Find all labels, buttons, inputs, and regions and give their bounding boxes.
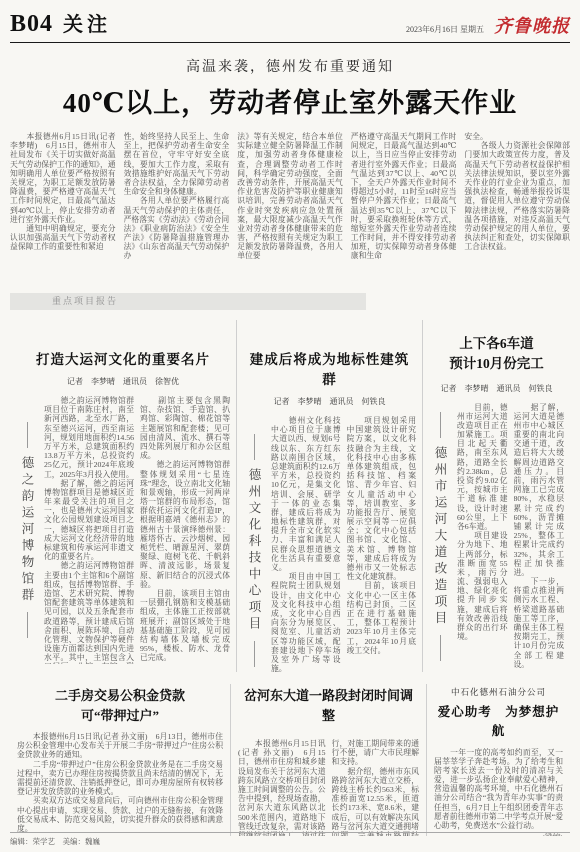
- lead-kicker: 高温来袭，德州发布重要通知: [10, 56, 570, 76]
- road-closure-body: 本报德州6月15日讯(记者 孙文丽) 6月15日，德州市住房和城乡建设局发布关于…: [238, 732, 419, 836]
- project-1-side-label-wrap: 德之韵运河博物馆群: [16, 396, 38, 664]
- project-3-body: 德州市运河大道改造项目 目前，德州市运河大道改造项目正在加紧施工。项目北起天衢路…: [429, 403, 564, 671]
- project-3-title: 上下各6车道 预计10月份完工: [429, 334, 564, 375]
- road-closure-column-2: 行，对施工期间带来的通行不便，请广大市民理解和支持。 据介绍，德州市东风路跨岔河…: [332, 739, 420, 836]
- projects-band: 打造大运河文化的重要名片 记者 李梦晴 通讯员 徐智优 德之韵运河博物馆群 德之…: [10, 320, 570, 672]
- page-number: B04: [10, 11, 53, 38]
- lead-column-5: 安全。 各级人力资源社会保障部门要加大政策宣传力度，普及高温天气下劳动者权益保护…: [464, 132, 570, 284]
- page-footer: 编辑：荣学艺 美编：魏巍: [10, 832, 570, 847]
- project-1-body: 德之韵运河博物馆群 德之韵运河博物馆群项目位于南陈庄村，南至新河西路，北至水厂路…: [16, 396, 230, 664]
- bottom-band: 二手房交易公积金贷款 可“带押过户” 本报德州6月15日讯(记者 孙文丽) 6月…: [10, 684, 570, 836]
- rule-bottom: [254, 641, 255, 667]
- rule-top: [440, 412, 441, 438]
- rule-bottom: [440, 635, 441, 661]
- project-article-culture-tech-center: 建成后将成为地标性建筑群 记者 李梦晴 通讯员 何铁良 德州文化科技中心项目 德…: [236, 320, 422, 672]
- rule-bottom: [27, 612, 28, 638]
- project-2-title: 建成后将成为地标性建筑群: [243, 348, 416, 388]
- section-title: 关注: [63, 8, 111, 37]
- lead-column-3: 法》等有关规定，结合本单位实际建立健全防暑降温工作制度，加强劳动者身体健康检查，…: [237, 132, 343, 284]
- exam-charity-title: 爱心助考 为梦想护航: [434, 703, 563, 741]
- lead-column-4: 严格遵守高温天气期间工作时间规定，日最高气温达到40℃以上，当日应当停止安排劳动…: [351, 132, 457, 284]
- project-1-title: 打造大运河文化的重要名片: [16, 348, 230, 368]
- newspaper-page: B04 关注 2023年6月16日 星期五 齐鲁晚报 高温来袭，德州发布重要通知…: [0, 0, 580, 852]
- article-exam-charity: 中石化德州石油分公司 爱心助考 为梦想护航 一年一度的高考如约而至，又一届莘莘学…: [426, 684, 570, 836]
- masthead-logo: 齐鲁晚报: [494, 12, 570, 38]
- masthead-block: 2023年6月16日 星期五 齐鲁晚报: [406, 12, 570, 38]
- project-3-byline: 记者 李梦晴 通讯员 何铁良: [429, 383, 564, 394]
- lead-article-body: 本报德州6月15日讯(记者 李梦晴) 6月15日，德州市人社局发布《关于切实做好…: [10, 132, 570, 284]
- publication-date: 2023年6月16日 星期五: [406, 24, 484, 35]
- project-1-byline: 记者 李梦晴 通讯员 徐智优: [16, 376, 230, 387]
- rule-top: [27, 422, 28, 448]
- exam-charity-kicker: 中石化德州石油分公司: [434, 686, 563, 698]
- project-2-side-label-wrap: 德州文化科技中心项目: [243, 416, 265, 672]
- project-2-byline: 记者 李梦晴 通讯员 何铁良: [243, 396, 416, 407]
- project-article-canal-museum: 打造大运河文化的重要名片 记者 李梦晴 通讯员 徐智优 德之韵运河博物馆群 德之…: [10, 320, 236, 672]
- page-header: B04 关注 2023年6月16日 星期五 齐鲁晚报: [10, 8, 570, 43]
- lead-column-1: 本报德州6月15日讯(记者 李梦晴) 6月15日，德州市人社局发布《关于切实做好…: [10, 132, 116, 284]
- article-road-closure: 岔河东大道一路段封闭时间调整 本报德州6月15日讯(记者 孙文丽) 6月15日，…: [230, 684, 426, 836]
- project-2-column-2: 项目规划采用中国建筑设计研究院方案，以文化科技融合为主线，文化科技中心由多栋单体…: [347, 416, 417, 672]
- road-closure-title: 岔河东大道一路段封闭时间调整: [238, 686, 419, 725]
- editor-credits: 编辑：荣学艺 美编：魏巍: [10, 837, 100, 846]
- project-3-side-label: 德州市运河大道改造项目: [431, 446, 449, 628]
- project-2-body: 德州文化科技中心项目 德州文化科技中心项目位于康博大道以西、规划6号线以东、东方…: [243, 416, 416, 672]
- section-block: B04 关注: [10, 8, 111, 38]
- project-2-column-1: 德州文化科技中心项目位于康博大道以西、规划6号线以东、东方红东路以南围合区域，总…: [271, 416, 341, 672]
- project-article-yunhe-avenue: 上下各6车道 预计10月份完工 记者 李梦晴 通讯员 何铁良 德州市运河大道改造…: [422, 320, 570, 672]
- housing-fund-body: 本报德州6月15日讯(记者 孙文丽) 6月13日，德州市住房公积金管理中心发布关…: [17, 732, 223, 833]
- rule-top: [254, 434, 255, 460]
- project-1-column-1: 德之韵运河博物馆群项目位于南陈庄村，南至新河西路，北至水厂路，东至德兴运河，西至…: [44, 396, 134, 664]
- lead-headline: 40℃以上，劳动者停止室外露天作业: [10, 81, 570, 120]
- project-3-column-1: 目前，德州市运河大道改造项目正在加紧施工。项目北起天衢路，南至东风路，道路全长约…: [457, 403, 508, 671]
- project-2-side-label: 德州文化科技中心项目: [245, 468, 263, 633]
- road-closure-column-1: 本报德州6月15日讯(记者 孙文丽) 6月15日，德州市住房和城乡建设局发布关于…: [238, 739, 326, 836]
- lead-column-2: 性，始终坚持人民至上、生命至上，把保护劳动者生命安全摆在首位，守牢守好安全底线，…: [124, 132, 230, 284]
- article-housing-fund-loan: 二手房交易公积金贷款 可“带押过户” 本报德州6月15日讯(记者 孙文丽) 6月…: [10, 684, 230, 836]
- project-1-side-label: 德之韵运河博物馆群: [18, 456, 36, 605]
- project-1-column-2: 副馆主要包含黑陶馆、杂技馆、手造馆、扒鸡馆、彩陶馆、棉花馆等主题展馆和配套楼；见…: [140, 396, 230, 664]
- project-3-column-2: 据了解，运河大道是德州市中心城区重要的南北向交通干道，改造后将大大缓解周边道路交…: [514, 403, 565, 671]
- project-3-side-label-wrap: 德州市运河大道改造项目: [429, 403, 451, 671]
- section-label-bar: 重点项目报告: [10, 293, 366, 310]
- exam-charity-body: 一年一度的高考如约而至，又一届莘莘学子奔赴考场。为了给考生和陪考家长送去一份及时…: [434, 748, 563, 831]
- housing-fund-title: 二手房交易公积金贷款 可“带押过户”: [17, 686, 223, 725]
